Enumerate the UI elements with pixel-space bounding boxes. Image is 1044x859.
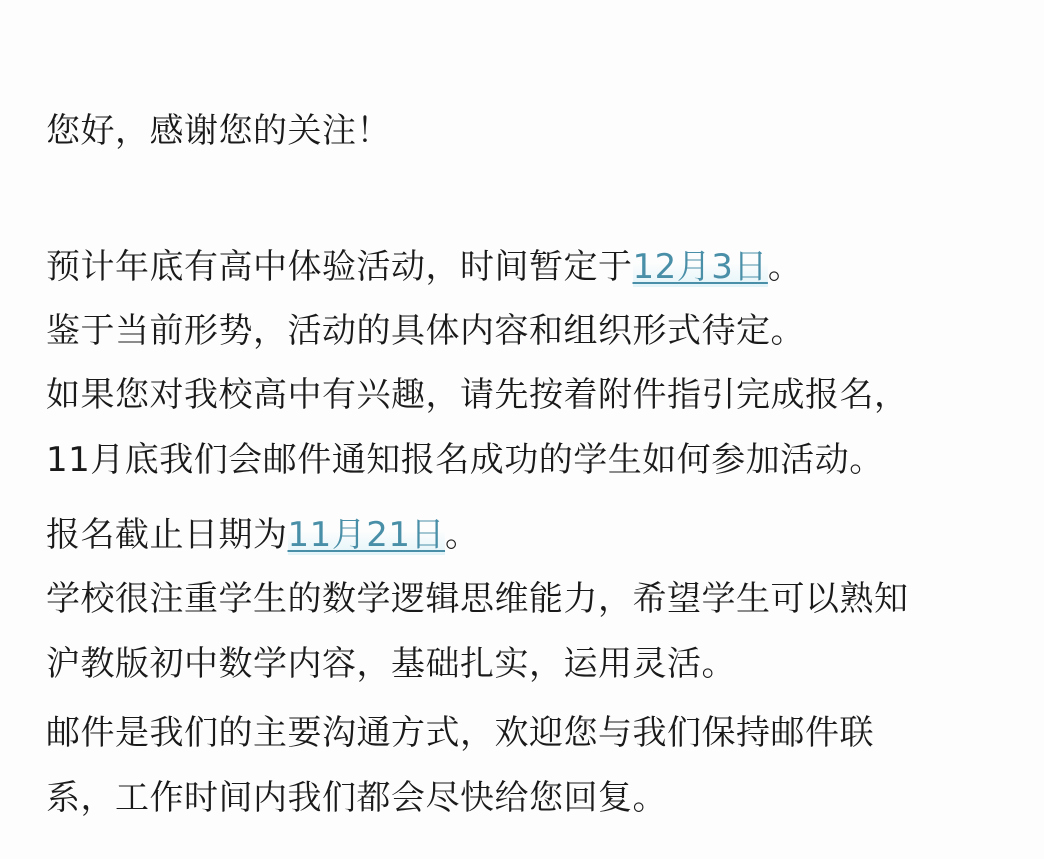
activity-date-link[interactable]: 12月3日 xyxy=(633,247,768,287)
notification-line: 11月底我们会邮件通知报名成功的学生如何参加活动。 xyxy=(46,440,884,480)
registration-instruction-line: 如果您对我校高中有兴趣，请先按着附件指引完成报名， xyxy=(46,375,909,415)
activity-date-suffix: 。 xyxy=(768,247,803,287)
deadline-suffix: 。 xyxy=(445,515,480,555)
deadline-date-link[interactable]: 11月21日 xyxy=(288,515,446,555)
deadline-prefix: 报名截止日期为 xyxy=(46,515,288,555)
math-content-line: 沪教版初中数学内容，基础扎实，运用灵活。 xyxy=(46,644,736,684)
deadline-line: 报名截止日期为11月21日。 xyxy=(46,515,480,555)
activity-date-prefix: 预计年底有高中体验活动，时间暂定于 xyxy=(46,247,633,287)
activity-date-line: 预计年底有高中体验活动，时间暂定于12月3日。 xyxy=(46,247,802,287)
greeting-line: 您好，感谢您的关注！ xyxy=(46,111,391,151)
reply-line: 系，工作时间内我们都会尽快给您回复。 xyxy=(46,778,667,818)
format-pending-line: 鉴于当前形势，活动的具体内容和组织形式待定。 xyxy=(46,311,805,351)
math-ability-line: 学校很注重学生的数学逻辑思维能力，希望学生可以熟知 xyxy=(46,579,909,619)
email-contact-line: 邮件是我们的主要沟通方式，欢迎您与我们保持邮件联 xyxy=(46,713,874,753)
